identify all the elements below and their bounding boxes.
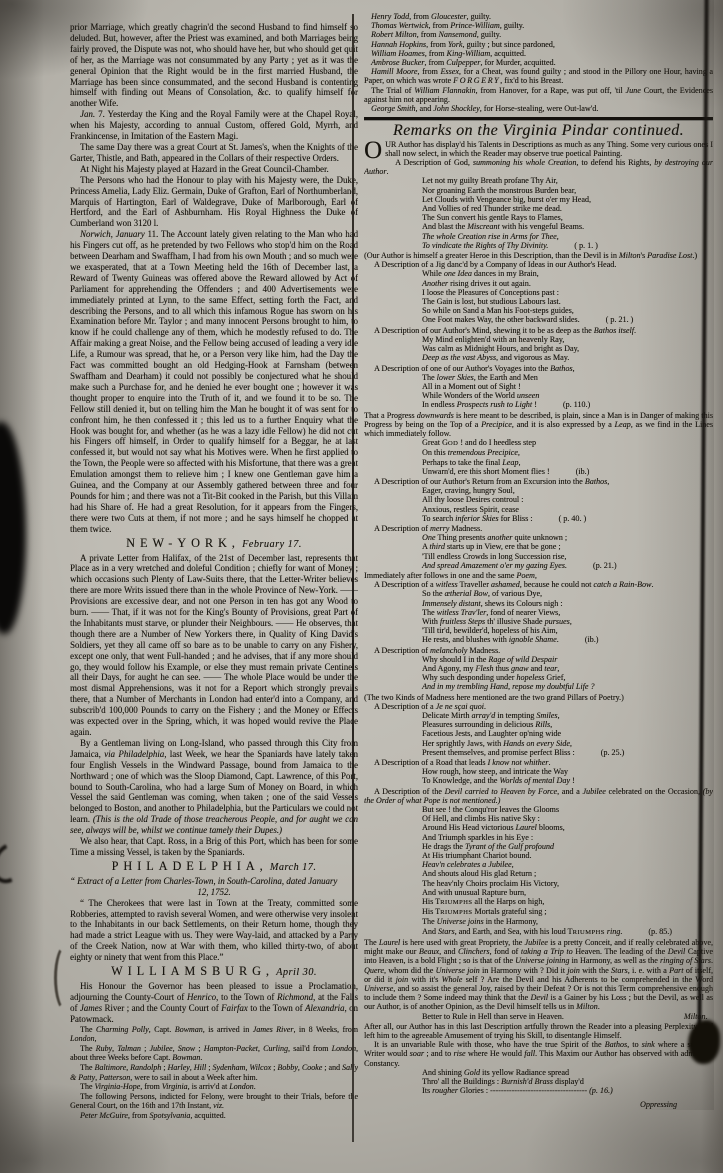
verse-line: A third starts up in View, ere that be g… [422,542,713,551]
para-desc-witless: A Description of a witless Traveller ash… [364,580,713,589]
para-desc-road: A Description of a Road that leads I kno… [364,758,713,767]
newspaper-page-scan: prior Marriage, which greatly chagrin'd … [0,0,723,1173]
verse-line: Why such desponding under hopeless Grief… [422,673,713,682]
verse-gold: And shining Gold its yellow Radiance spr… [364,1068,713,1096]
dateline-city: PHILADELPHIA, [112,859,268,873]
verse-line: Delicate Mirth array'd in tempting Smile… [422,711,713,720]
verse-line: Her sprightly Jaws, with Hands on every … [422,739,713,748]
verse-jig: While one Idea dances in my Brain,Anothe… [364,269,713,324]
scan-artifact-paren-mark [54,944,78,1012]
verse-line: Pleasures surrounding in delicious Rills… [422,720,713,729]
para-desc-god: A Description of God, summoning his whol… [364,158,713,176]
verse-line: The lower Skies, the Earth and Men [422,373,713,382]
verse-line: How rough, how steep, and intricate the … [422,767,713,776]
verse-line: Another rising drives it out again. [422,279,713,288]
para-jan-7: Jan. 7. Yesterday the King and the Royal… [70,109,358,142]
verse-line: One Foot makes Way, the other backward s… [422,315,713,324]
para-unvariable: It is an unvariable Rule with those, who… [364,1040,713,1068]
section-rule [364,117,713,120]
para-two-kinds: (The two Kinds of Madness here mentioned… [364,693,713,702]
para-cherokees: “ The Cherokees that were last in Town a… [70,898,358,963]
verse-line: Perhaps to take the final Leap, [422,458,713,467]
verse-line: One Thing presents another quite unknown… [422,533,713,542]
scan-artifact-right-edge-shadow [701,0,723,1173]
verse-line: Thro' all the Buildings : Burnish'd Bras… [422,1077,713,1086]
verse-mind: My Mind enlighten'd with an heavenly Ray… [364,335,713,363]
verse-line: Facetious Jests, and Laughter op'ning wi… [422,729,713,738]
dateline-date: March 17. [270,862,317,873]
para-desc-voyage: A Description of one of our Author's Voy… [364,364,713,373]
page-reference: ( p. 1. ) [574,241,598,250]
verse-line: And with unusual Rapture burn, [422,888,713,897]
trial-hamill-moore: Hamill Moore, from Essex, for a Cheat, w… [364,67,713,85]
verse-line: Nor groaning Earth the monstrous Burden … [422,186,713,195]
trial-william-hoames: William Hoames, from King-William, acqui… [364,49,713,58]
verse-line: And in my trembling Hand, repose my doub… [422,682,713,691]
remarks-heading: Remarks on the Virginia Pindar continued… [364,126,713,135]
verse-line: Around His Head victorious Laurel blooms… [422,823,713,832]
dateline-williamsburg: WILLIAMSBURG, April 30. [70,966,358,979]
para-st-james-court: The same Day there was a great Court at … [70,142,358,164]
para-long-island: By a Gentleman living on Long-Island, wh… [70,738,358,836]
verse-line: On this tremendous Precipice, [422,448,713,457]
page-reference: (p. 21.) [593,561,617,570]
verse-line: Anxious, restless Spirit, cease [422,505,713,514]
page-reference: ( p. 40. ) [559,514,587,523]
verse-line: And spread Amazement o'er my gazing Eyes… [422,561,713,570]
verse-jubilee: But see ! the Conqu'ror leaves the Gloom… [364,805,713,937]
verse-line: The Gain is lost, but studious Labours l… [422,297,713,306]
verse-line: And Agony, my Flesh thus gnaw and tear, [422,664,713,673]
verse-merry: One Thing presents another quite unknown… [364,533,713,570]
trial-henry-todd: Henry Todd, from Gloucester, guilty. [364,12,713,21]
verse-line: So the ætherial Bow, of various Dye, [422,589,713,598]
trial-william-flannakin: The Trial of William Flannakin, from Han… [364,86,713,104]
para-hazard: At Night his Majesty played at Hazard in… [70,164,358,175]
verse-je-ne-scai-quoi: Delicate Mirth array'd in tempting Smile… [364,711,713,757]
verse-line: And blast the Miscreant with his vengefu… [422,222,713,231]
verse-line: Eager, craving, hungry Soul, [422,486,713,495]
page-reference: (ib.) [585,635,599,644]
verse-line: And Vollies of red Thunder strike me dea… [422,204,713,213]
para-players: The Persons who had the Honour to play w… [70,175,358,230]
trial-thomas-wertwick: Thomas Wertwick, from Prince-William, gu… [364,21,713,30]
para-trial-mcguire: Peter McGuire, from Spotsylvania, acquit… [70,1111,358,1121]
verse-line: To vindicate the Rights of Thy Divinity.… [422,241,713,250]
page-reference: (p. 25.) [601,748,625,757]
para-desc-melancholy: A Description of melancholy Madness. [364,646,713,655]
verse-line: Let not my guilty Breath profane Thy Air… [422,176,713,185]
verse-line: He drags the Tyrant of the Gulf profound [422,842,713,851]
trial-hannah-hopkins: Hannah Hopkins, from York, guilty ; but … [364,40,713,49]
para-desc-return: A Description of our Author's Return fro… [364,477,713,486]
dateline-new-york: NEW-YORK, February 17. [70,538,358,551]
right-column: Henry Todd, from Gloucester, guilty.Thom… [364,12,713,1164]
para-progress: That a Progress downwards is here meant … [364,411,713,439]
verse-line: While one Idea dances in my Brain, [422,269,713,278]
verse-line: Immensely distant, shews its Colours nig… [422,599,713,608]
verse-line: In endless Prospects rush to Light !(p. … [422,400,713,409]
para-proclamation: His Honour the Governor has been pleased… [70,981,358,1025]
para-laurel: The Laurel is here used with great Propr… [364,938,713,1012]
para-desc-je-ne-scai-quoi: A Description of a Je ne sçai quoi. [364,702,713,711]
para-prior-marriage: prior Marriage, which greatly chagrin'd … [70,22,358,109]
verse-line: At His triumphant Chariot bound. [422,851,713,860]
trial-smith-shockley: George Smith, and John Shockley, for Hor… [364,104,713,113]
para-ship-baltimore: The Baltimore, Randolph ; Harley, Hill ;… [70,1063,358,1082]
verse-line: I loose the Pleasures of Conceptions pas… [422,288,713,297]
dateline-date: April 30. [276,967,317,978]
drop-cap: O [364,140,385,161]
verse-line: The witless Trav'ler, fond of nearer Vie… [422,608,713,617]
verse-line: His TRIUMPHS all the Harps on high, [422,897,713,907]
verse-line: And Triumph sparkles in his Eye : [422,833,713,842]
verse-line: His TRIUMPHS Mortals grateful sing ; [422,907,713,917]
verse-line: All thy loose Desires controul : [422,495,713,504]
para-our-author: OUR Author has display'd his Talents in … [364,140,713,158]
verse-rainbow: So the ætherial Bow, of various Dye,Imme… [364,589,713,644]
para-desc-merry: A Description of merry Madness. [364,524,713,533]
verse-line: With fruitless Steps th' illusive Shade … [422,617,713,626]
verse-line: And shining Gold its yellow Radiance spr… [422,1068,713,1077]
verse-line: Better to Rule in Hell than serve in Hea… [422,1012,713,1021]
para-after-all: After all, our Author has in this last D… [364,1022,713,1040]
verse-line: And Stars, and Earth, and Sea, with his … [422,927,713,937]
page-reference: (p. 110.) [563,400,590,409]
verse-voyage: The lower Skies, the Earth and MenAll in… [364,373,713,410]
verse-milton: Better to Rule in Hell than serve in Hea… [364,1012,713,1021]
verse-line: 'Till tir'd, bewilder'd, hopeless of his… [422,626,713,635]
verse-line: My Mind enlighten'd with an heavenly Ray… [422,335,713,344]
verse-line: The Universe joins in the Harmony, [422,917,713,926]
verse-line: All in a Moment out of Sight ! [422,382,713,391]
verse-line: And shouts aloud His glad Return ; [422,869,713,878]
verse-return: Eager, craving, hungry Soul,All thy loos… [364,486,713,523]
trial-ambrose-bucker: Ambrose Bucker, from Culpepper, for Murd… [364,58,713,67]
verse-line: Was calm as Midnight Hours, and bright a… [422,344,713,353]
verse-line: To Knowledge, and the Worlds of mental D… [422,776,713,785]
verse-line: He rests, and blushes with ignoble Shame… [422,635,713,644]
verse-line: Deep as the vast Abyss, and vigorous as … [422,353,713,362]
para-desc-mind: A Description of our Author's Mind, shew… [364,326,713,335]
catchword: Oppressing [364,1100,713,1109]
para-ship-virginia-hope: The Virginia-Hope, from Virginia, is arr… [70,1082,358,1092]
verse-line: Its rougher Glories : ------------------… [422,1086,713,1095]
dateline-philadelphia: PHILADELPHIA, March 17. [70,861,358,874]
verse-line: Why should I in the Rage of wild Despair [422,655,713,664]
verse-melancholy: Why should I in the Rage of wild Despair… [364,655,713,692]
verse-line: Heav'n celebrates a Jubilee, [422,860,713,869]
verse-precipice: Great GOD ! and do I heedless stepOn thi… [364,438,713,476]
para-desc-devil: A Description of the Devil carried to He… [364,787,713,805]
verse-line: To search inferior Skies for Bliss :( p.… [422,514,713,523]
dateline-city: WILLIAMSBURG, [111,964,274,978]
para-halifax: A private Letter from Halifax, of the 21… [70,553,358,738]
page-reference: (p. 85.) [648,927,672,936]
para-desc-jig: A Description of a Jig danc'd by a Compa… [364,260,713,269]
verse-desc-god: Let not my guilty Breath profane Thy Air… [364,176,713,250]
dateline-city: NEW-YORK, [126,536,240,550]
left-column: prior Marriage, which greatly chagrin'd … [70,22,358,1132]
para-norwich: Norwich, January 11. The Account lately … [70,229,358,534]
verse-line: Of Hell, and climbs His native Sky : [422,814,713,823]
verse-line: The heav'nly Choirs proclaim His Victory… [422,879,713,888]
verse-line: While Wonders of the World unseen [422,391,713,400]
verse-line: 'Till endless Crowds in long Succession … [422,552,713,561]
verse-road: How rough, how steep, and intricate the … [364,767,713,785]
trial-robert-milton: Robert Milton, from Nansemond, guilty. [364,30,713,39]
verse-line: Great GOD ! and do I heedless step [422,438,713,448]
para-extract: “ Extract of a Letter from Charles-Town,… [70,876,358,898]
verse-line: But see ! the Conqu'ror leaves the Gloom… [422,805,713,814]
column-divider-rule [352,14,354,1142]
dateline-date: February 17. [242,539,302,550]
para-ship-ruby: The Ruby, Talman ; Jubilee, Snow ; Hampt… [70,1044,358,1063]
verse-line: The whole Creation rise in Arms for Thee… [422,232,713,241]
scan-artifact-right-blob [688,1020,720,1064]
para-ship-charming-polly: The Charming Polly, Capt. Bowman, is arr… [70,1025,358,1044]
verse-line: Let Clouds with Vengeance big, burst o'e… [422,195,713,204]
para-immediately: Immediately after follows in one and the… [364,571,713,580]
para-heroe-note: (Our Author is himself a greater Heroe i… [364,251,713,260]
verse-line: Present themselves, and promise perfect … [422,748,713,757]
para-capt-ross: We also hear, that Capt. Ross, in a Brig… [70,836,358,858]
para-trials-intro: The following Persons, indicted for Felo… [70,1092,358,1111]
verse-line: Unwarn'd, ere this short Moment flies !(… [422,467,713,476]
verse-line: The Sun convert his gentle Rays to Flame… [422,213,713,222]
page-reference: ( p. 21. ) [606,315,634,324]
page-reference: (ib.) [576,467,590,476]
verse-line: So while on Sand a Man his Foot-steps gu… [422,306,713,315]
